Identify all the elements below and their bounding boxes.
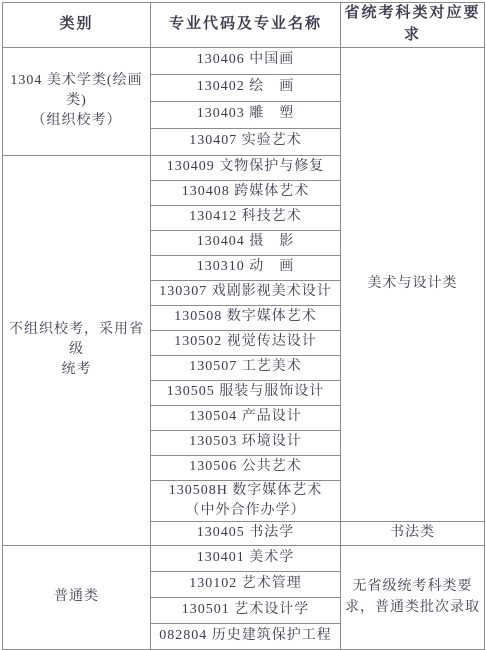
major-cell: 130405 书法学 <box>151 522 341 546</box>
major-cell: 130412 科技艺术 <box>151 205 341 230</box>
header-major-code-name: 专业代码及专业名称 <box>151 3 341 48</box>
major-cell: 130407 实验艺术 <box>151 128 341 155</box>
major-cell: 130502 视觉传达设计 <box>151 330 341 355</box>
major-cell: 130404 摄 影 <box>151 230 341 255</box>
major-cell: 130505 服装与服饰设计 <box>151 380 341 405</box>
major-cell: 130401 美术学 <box>151 546 341 572</box>
exam-requirements-table: 类别 专业代码及专业名称 省统考科类对应要求 1304 美术学类(绘画类) （组… <box>2 2 485 650</box>
category-cell: 不组织校考，采用省级 统考 <box>3 155 151 546</box>
major-cell: 130508H 数字媒体艺术 （中外合作办学） <box>151 480 341 522</box>
category-cell: 1304 美术学类(绘画类) （组织校考） <box>3 47 151 155</box>
major-cell: 130406 中国画 <box>151 47 341 74</box>
header-category: 类别 <box>3 3 151 48</box>
major-cell: 082804 历史建筑保护工程 <box>151 624 341 650</box>
major-cell: 130508 数字媒体艺术 <box>151 305 341 330</box>
requirement-cell: 美术与设计类 <box>341 47 485 522</box>
category-cell: 普通类 <box>3 546 151 650</box>
table-row: 1304 美术学类(绘画类) （组织校考） 130406 中国画 美术与设计类 <box>3 47 485 74</box>
requirement-cell: 无省级统考科类要 求，普通类批次录取 <box>341 546 485 650</box>
major-cell: 130310 动 画 <box>151 255 341 280</box>
table-header-row: 类别 专业代码及专业名称 省统考科类对应要求 <box>3 3 485 48</box>
major-cell: 130409 文物保护与修复 <box>151 155 341 180</box>
major-cell: 130504 产品设计 <box>151 405 341 430</box>
major-cell: 130408 跨媒体艺术 <box>151 180 341 205</box>
major-cell: 130102 艺术管理 <box>151 572 341 598</box>
table-row: 普通类 130401 美术学 无省级统考科类要 求，普通类批次录取 <box>3 546 485 572</box>
major-cell: 130506 公共艺术 <box>151 455 341 480</box>
major-cell: 130503 环境设计 <box>151 430 341 455</box>
major-cell: 130402 绘 画 <box>151 74 341 101</box>
major-cell: 130501 艺术设计学 <box>151 598 341 624</box>
header-exam-requirement: 省统考科类对应要求 <box>341 3 485 48</box>
requirement-cell: 书法类 <box>341 522 485 546</box>
major-cell: 130403 雕 塑 <box>151 101 341 128</box>
major-cell: 130307 戏剧影视美术设计 <box>151 280 341 305</box>
admissions-requirements-document: 类别 专业代码及专业名称 省统考科类对应要求 1304 美术学类(绘画类) （组… <box>2 2 484 650</box>
major-cell: 130507 工艺美术 <box>151 355 341 380</box>
